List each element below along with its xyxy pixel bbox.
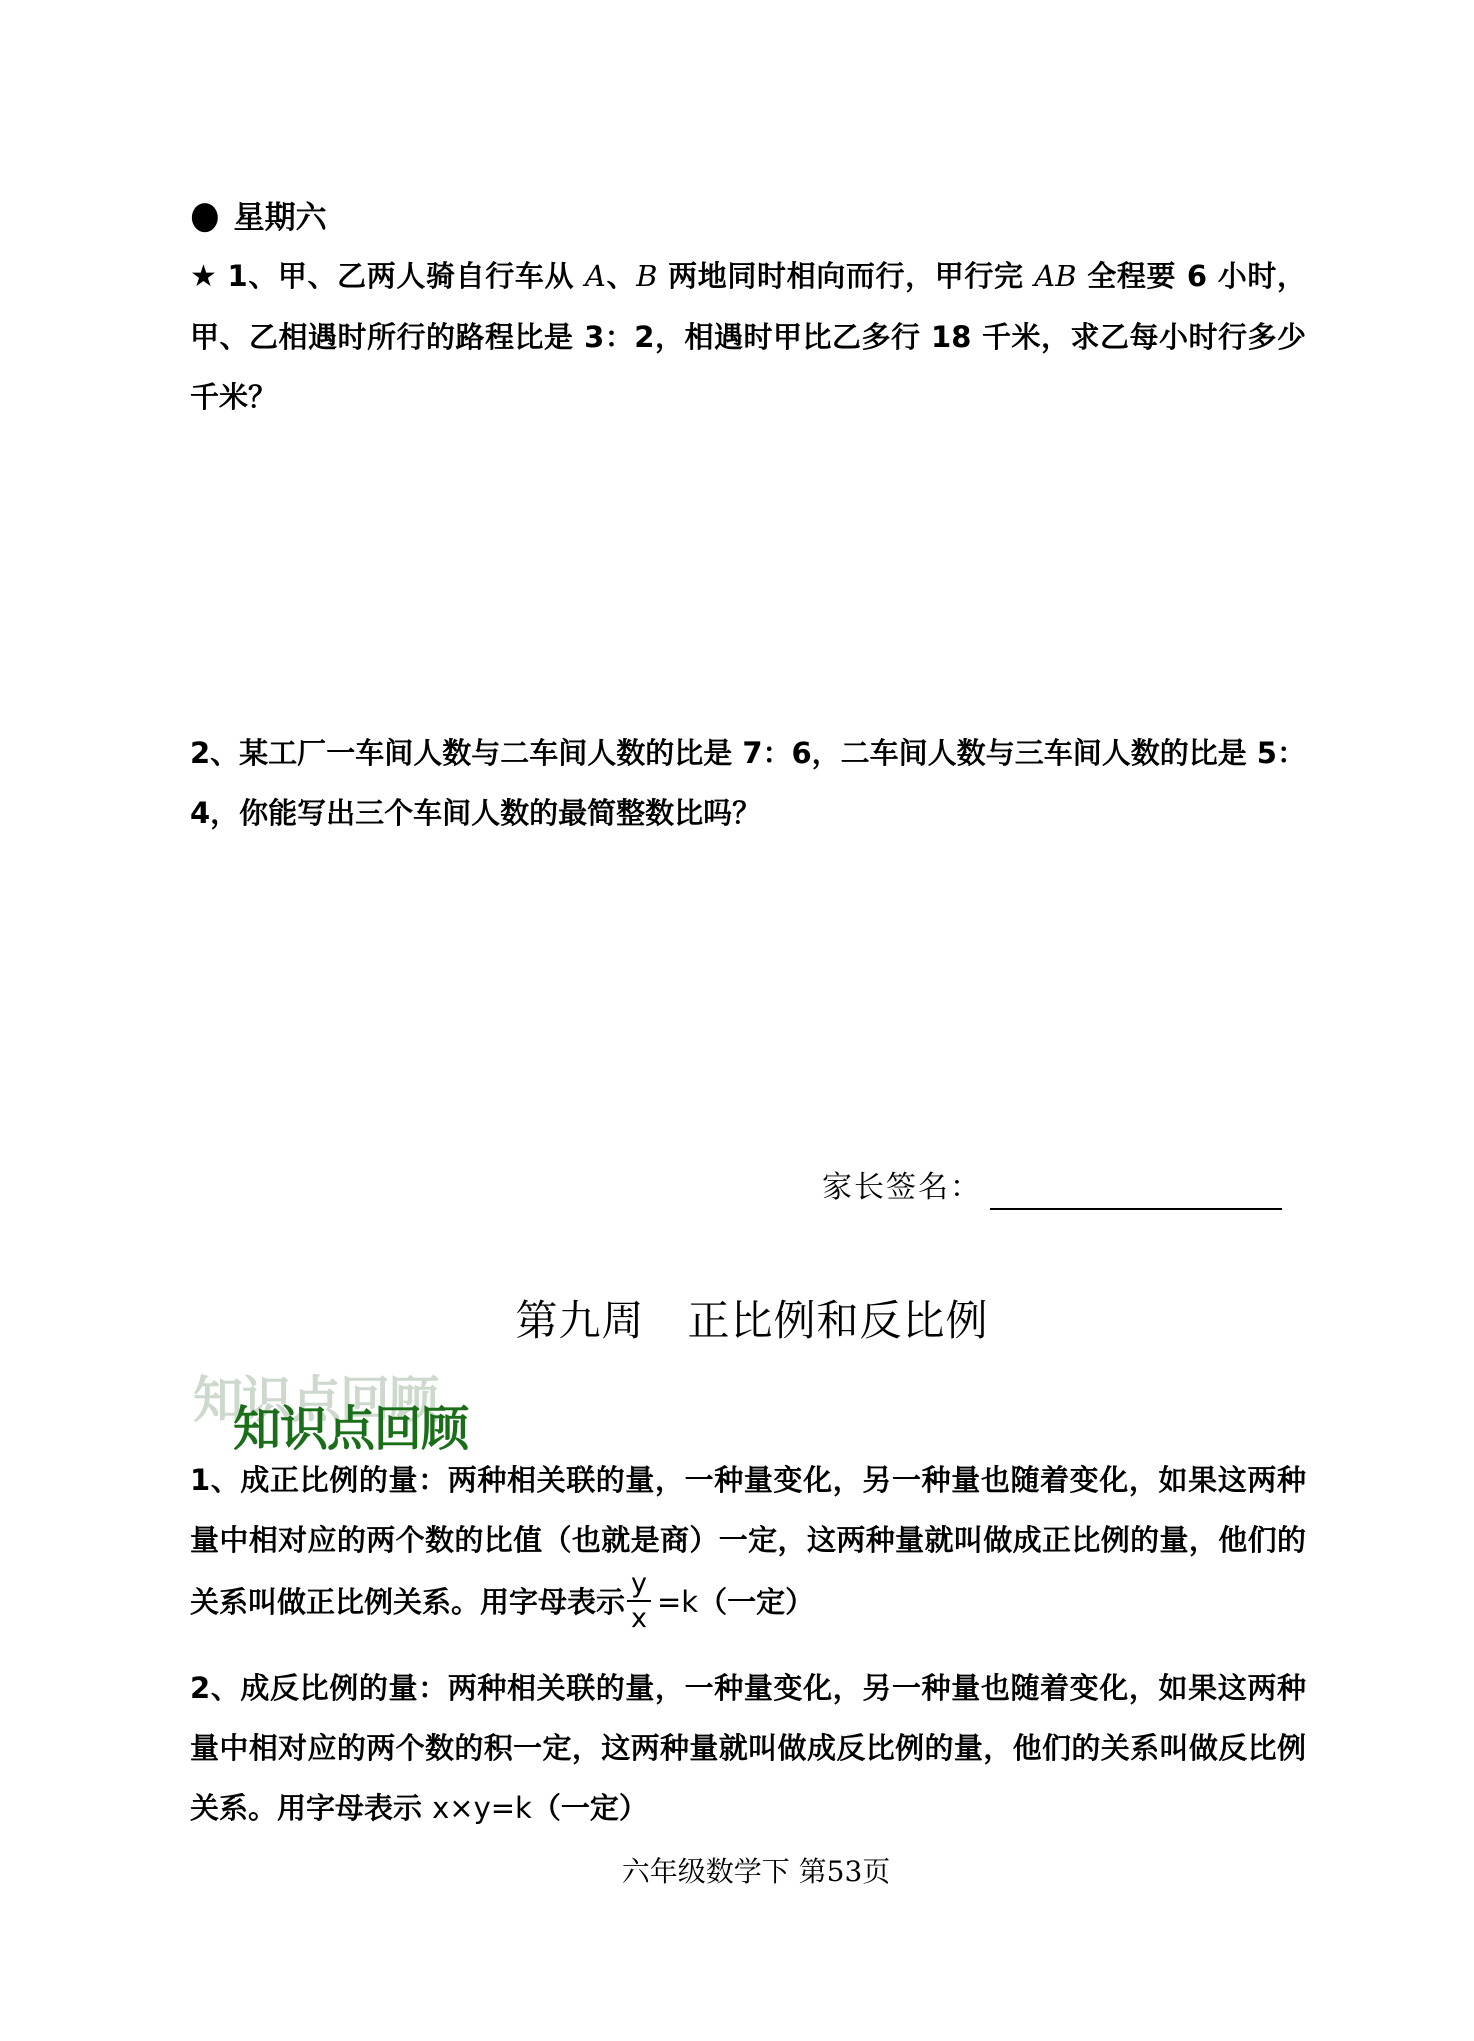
knowledge-review-title: 知识点回顾 <box>233 1390 468 1459</box>
star-icon: ★ <box>190 259 218 294</box>
signature-blank-line <box>990 1168 1282 1210</box>
variable-a: A <box>585 259 606 293</box>
saturday-section-heading: ● 星期六 <box>190 192 327 237</box>
knowledge-point-1: 1、成正比例的量：两种相关联的量，一种量变化，另一种量也随着变化，如果这两种量中… <box>190 1450 1306 1638</box>
problem-1-text-2: 两地同时相向而行，甲行完 <box>657 259 1034 293</box>
parent-signature-label: 家长签名： <box>822 1166 982 1210</box>
problem-1-separator: 、 <box>606 259 636 293</box>
saturday-heading-label: 星期六 <box>234 192 327 237</box>
knowledge-point-2-formula: x×y=k <box>432 1791 532 1825</box>
knowledge-point-1-tail: （一定） <box>698 1585 814 1619</box>
bullet-icon: ● <box>190 195 220 233</box>
week-title: 第九周 正比例和反比例 <box>0 1288 1474 1348</box>
fraction-numerator: y <box>627 1570 651 1600</box>
problem-2-text: 2、某工厂一车间人数与二车间人数的比是 7：6，二车间人数与三车间人数的比是 5… <box>190 736 1306 830</box>
knowledge-review-header: 知识点回顾 知识点回顾 <box>193 1360 613 1460</box>
parent-signature-row: 家长签名： <box>822 1166 1282 1210</box>
variable-ab: AB <box>1034 259 1076 293</box>
variable-b: B <box>636 259 657 293</box>
knowledge-point-2-text: 2、成反比例的量：两种相关联的量，一种量变化，另一种量也随着变化，如果这两种量中… <box>190 1671 1306 1825</box>
worksheet-page: ● 星期六 ★1、甲、乙两人骑自行车从 A、B 两地同时相向而行，甲行完 AB … <box>0 0 1474 2041</box>
knowledge-point-1-equation: =k <box>657 1585 698 1619</box>
fraction-denominator: x <box>627 1600 651 1632</box>
problem-1: ★1、甲、乙两人骑自行车从 A、B 两地同时相向而行，甲行完 AB 全程要 6 … <box>190 246 1306 427</box>
problem-1-text: 1、甲、乙两人骑自行车从 <box>228 259 585 293</box>
page-footer: 六年级数学下 第53页 <box>0 1850 1474 1890</box>
knowledge-point-2: 2、成反比例的量：两种相关联的量，一种量变化，另一种量也随着变化，如果这两种量中… <box>190 1658 1306 1838</box>
fraction-y-over-x: yx <box>627 1570 651 1632</box>
knowledge-point-2-tail: （一定） <box>532 1791 648 1825</box>
problem-2: 2、某工厂一车间人数与二车间人数的比是 7：6，二车间人数与三车间人数的比是 5… <box>190 723 1306 843</box>
